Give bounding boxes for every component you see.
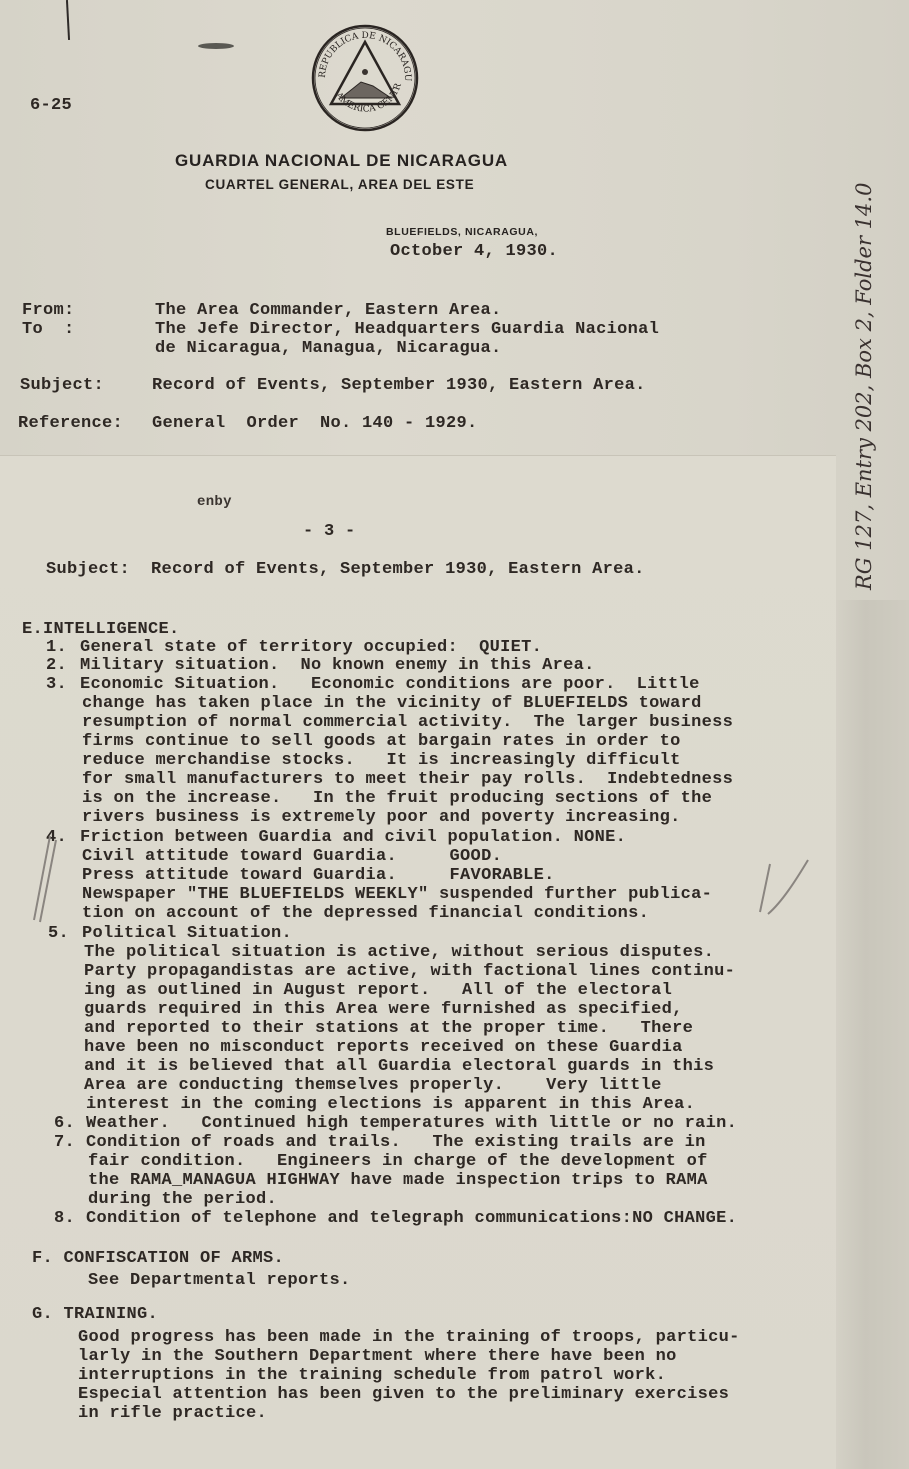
item-4-line: Press attitude toward Guardia. FAVORABLE…: [82, 866, 555, 885]
item-number: 3.: [46, 675, 67, 694]
item-7-line: Condition of roads and trails. The exist…: [86, 1133, 706, 1152]
letterhead-place: BLUEFIELDS, NICARAGUA,: [386, 226, 538, 238]
item-4-line: Civil attitude toward Guardia. GOOD.: [82, 847, 502, 866]
item-7-line: during the period.: [88, 1190, 277, 1209]
item-3-line: change has taken place in the vicinity o…: [82, 694, 702, 713]
item-2-text: Military situation. No known enemy in th…: [80, 656, 595, 675]
item-5-line: and reported to their stations at the pr…: [84, 1019, 693, 1038]
to-value-line1: The Jefe Director, Headquarters Guardia …: [155, 320, 659, 339]
item-1-text: General state of territory occupied: QUI…: [80, 638, 542, 657]
item-5-line: and it is believed that all Guardia elec…: [84, 1057, 714, 1076]
reference-label: Reference:: [18, 414, 123, 433]
item-number: 5.: [48, 924, 69, 943]
letter-date: October 4, 1930.: [390, 242, 558, 261]
item-number: 2.: [46, 656, 67, 675]
item-5-line: guards required in this Area were furnis…: [84, 1000, 683, 1019]
page-number: - 3 -: [303, 522, 356, 541]
section-g-line: in rifle practice.: [78, 1404, 267, 1423]
item-3-line: is on the increase. In the fruit produci…: [82, 789, 712, 808]
item-number: 7.: [54, 1133, 75, 1152]
item-5-line: ing as outlined in August report. All of…: [84, 981, 672, 1000]
item-3-line: Economic Situation. Economic conditions …: [80, 675, 700, 694]
document-page: 6-25 REPUBLICA DE NICARAGUA AMERICA CENT…: [0, 0, 909, 1469]
item-number: 1.: [46, 638, 67, 657]
pencil-check-mark-icon: [756, 856, 812, 920]
item-5-line: interest in the coming elections is appa…: [86, 1095, 695, 1114]
item-3-line: rivers business is extremely poor and po…: [82, 808, 681, 827]
page-subject: Subject: Record of Events, September 193…: [46, 560, 645, 579]
nicaragua-seal-icon: REPUBLICA DE NICARAGUA AMERICA CENTRAL: [311, 24, 419, 132]
item-3-line: for small manufacturers to meet their pa…: [82, 770, 733, 789]
to-value-line2: de Nicaragua, Managua, Nicaragua.: [155, 339, 502, 358]
section-f-text: See Departmental reports.: [88, 1271, 351, 1290]
item-7-line: fair condition. Engineers in charge of t…: [88, 1152, 708, 1171]
section-g-line: Especial attention has been given to the…: [78, 1385, 729, 1404]
pencil-margin-mark-icon: [28, 834, 58, 924]
section-g-line: interruptions in the training schedule f…: [78, 1366, 666, 1385]
item-5-line: Party propagandistas are active, with fa…: [84, 962, 735, 981]
scan-edge-strip: [836, 600, 909, 1469]
to-label: To :: [22, 320, 75, 339]
stray-mark: enby: [197, 494, 232, 510]
item-7-line: the RAMA_MANAGUA HIGHWAY have made inspe…: [88, 1171, 708, 1190]
letterhead-org: GUARDIA NACIONAL DE NICARAGUA: [175, 151, 508, 171]
ink-smudge: [198, 43, 234, 49]
item-4-line: tion on account of the depressed financi…: [82, 904, 649, 923]
item-5-line: The political situation is active, witho…: [84, 943, 714, 962]
pen-mark: [66, 0, 70, 40]
item-5-line: have been no misconduct reports received…: [84, 1038, 683, 1057]
section-g-heading: G. TRAINING.: [32, 1305, 158, 1324]
item-8-text: Condition of telephone and telegraph com…: [86, 1209, 737, 1228]
from-label: From:: [22, 301, 75, 320]
item-3-line: resumption of normal commercial activity…: [82, 713, 733, 732]
item-3-line: firms continue to sell goods at bargain …: [82, 732, 681, 751]
section-g-line: Good progress has been made in the train…: [78, 1328, 740, 1347]
item-number: 6.: [54, 1114, 75, 1133]
item-5-line: Political Situation.: [82, 924, 292, 943]
item-4-line: Friction between Guardia and civil popul…: [80, 828, 626, 847]
svg-text:REPUBLICA DE NICARAGUA: REPUBLICA DE NICARAGUA: [311, 24, 412, 82]
report-page-3: enby - 3 - Subject: Record of Events, Se…: [0, 455, 836, 1469]
item-4-line: Newspaper "THE BLUEFIELDS WEEKLY" suspen…: [82, 885, 712, 904]
item-number: 8.: [54, 1209, 75, 1228]
section-e-heading: E.INTELLIGENCE.: [22, 620, 180, 639]
file-code: 6-25: [30, 96, 72, 115]
reference-value: General Order No. 140 - 1929.: [152, 414, 478, 433]
section-f-heading: F. CONFISCATION OF ARMS.: [32, 1249, 284, 1268]
item-6-text: Weather. Continued high temperatures wit…: [86, 1114, 737, 1133]
archival-handwritten-note: RG 127, Entry 202, Box 2, Folder 14.0: [852, 183, 876, 590]
from-value: The Area Commander, Eastern Area.: [155, 301, 502, 320]
item-5-line: Area are conducting themselves properly.…: [84, 1076, 662, 1095]
item-3-line: reduce merchandise stocks. It is increas…: [82, 751, 681, 770]
subject-value: Record of Events, September 1930, Easter…: [152, 376, 646, 395]
subject-label: Subject:: [20, 376, 104, 395]
section-g-line: larly in the Southern Department where t…: [78, 1347, 677, 1366]
letterhead-unit: CUARTEL GENERAL, AREA DEL ESTE: [205, 177, 474, 192]
